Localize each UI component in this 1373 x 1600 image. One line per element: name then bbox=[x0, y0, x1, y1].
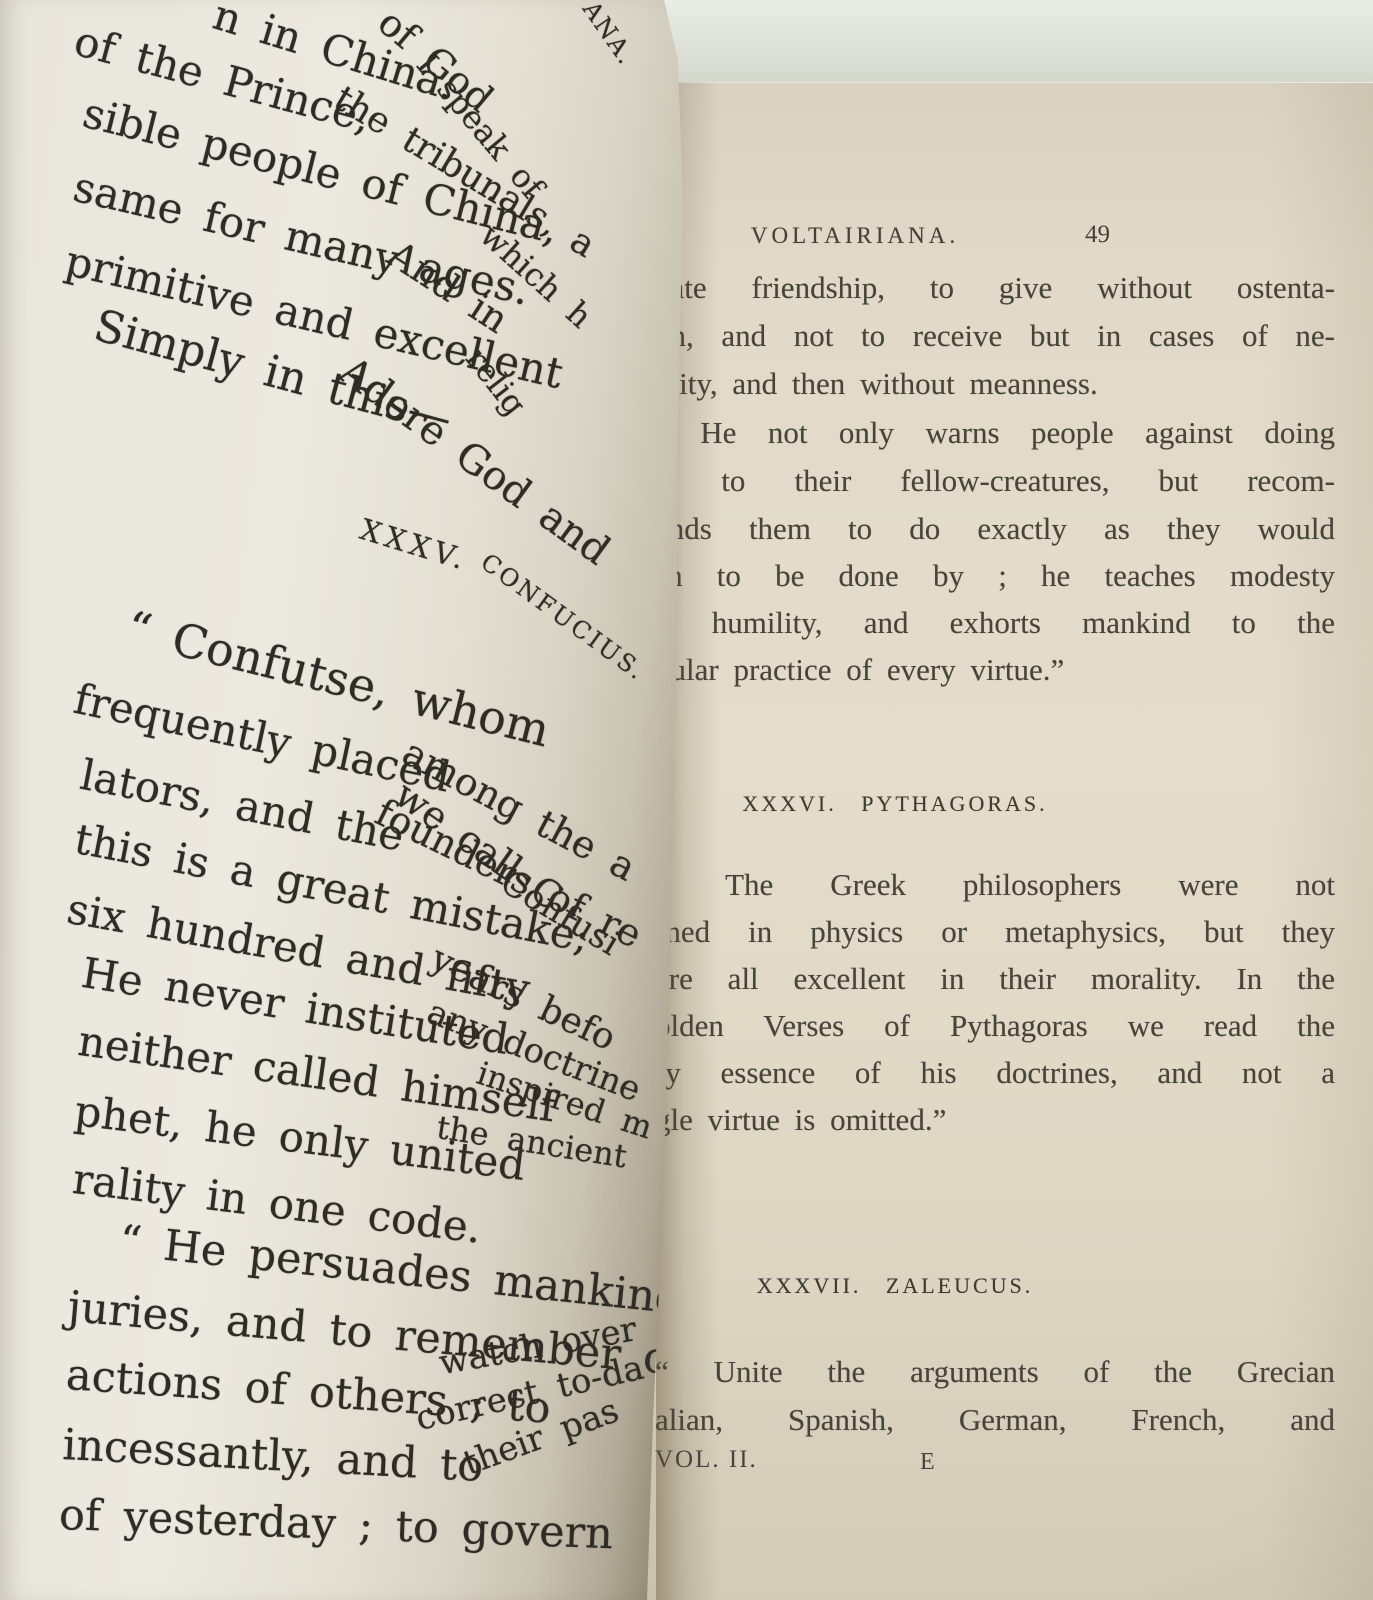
body-line: gular practice of every virtue.” bbox=[655, 651, 1335, 690]
body-line: rned in physics or metaphysics, but they bbox=[655, 913, 1335, 952]
signature-mark: E bbox=[920, 1449, 935, 1476]
section-heading-pythagoras: XXXVI. PYTHAGORAS. bbox=[655, 791, 1135, 817]
body-line: sh to be done by ; he teaches modesty bbox=[655, 557, 1335, 596]
right-page: VOLTAIRIANA. 49 vate friendship, to give… bbox=[615, 82, 1373, 1600]
body-line: “ He not only warns people against doing bbox=[655, 414, 1335, 453]
left-header-fragment: ANA. bbox=[577, 0, 641, 70]
left-section-title: CONFUCIUS. bbox=[476, 548, 652, 687]
body-line: “ The Greek philosophers were not bbox=[655, 866, 1335, 905]
body-line: gle virtue is omitted.” bbox=[655, 1101, 1335, 1140]
body-line: ere all excellent in their morality. In … bbox=[655, 960, 1335, 999]
body-line: il to their fellow-creatures, but recom- bbox=[655, 462, 1335, 501]
body-line: olden Verses of Pythagoras we read the bbox=[655, 1007, 1335, 1046]
left-line: of yesterday ; to govern bbox=[58, 1490, 614, 1559]
body-line: “ Unite the arguments of the Grecian bbox=[655, 1353, 1335, 1392]
page-number: 49 bbox=[1085, 221, 1110, 249]
body-line: on, and not to receive but in cases of n… bbox=[655, 317, 1335, 356]
body-line: ends them to do exactly as they would bbox=[655, 510, 1335, 549]
left-section-numeral: XXXV. bbox=[356, 512, 473, 577]
left-page: ANA. of God n in China. I speak of of th… bbox=[0, 0, 690, 1600]
body-line: vate friendship, to give without ostenta… bbox=[655, 269, 1335, 308]
body-line: ssity, and then without meanness. bbox=[655, 365, 1335, 404]
body-line: alian, Spanish, German, French, and bbox=[655, 1401, 1335, 1440]
body-line: d humility, and exhorts mankind to the bbox=[655, 604, 1335, 643]
section-heading-zaleucus: XXXVII. ZALEUCUS. bbox=[655, 1273, 1135, 1299]
running-head: VOLTAIRIANA. bbox=[655, 223, 1055, 249]
body-line: ry essence of his doctrines, and not a bbox=[655, 1054, 1335, 1093]
volume-footer: VOL. II. bbox=[655, 1446, 758, 1474]
